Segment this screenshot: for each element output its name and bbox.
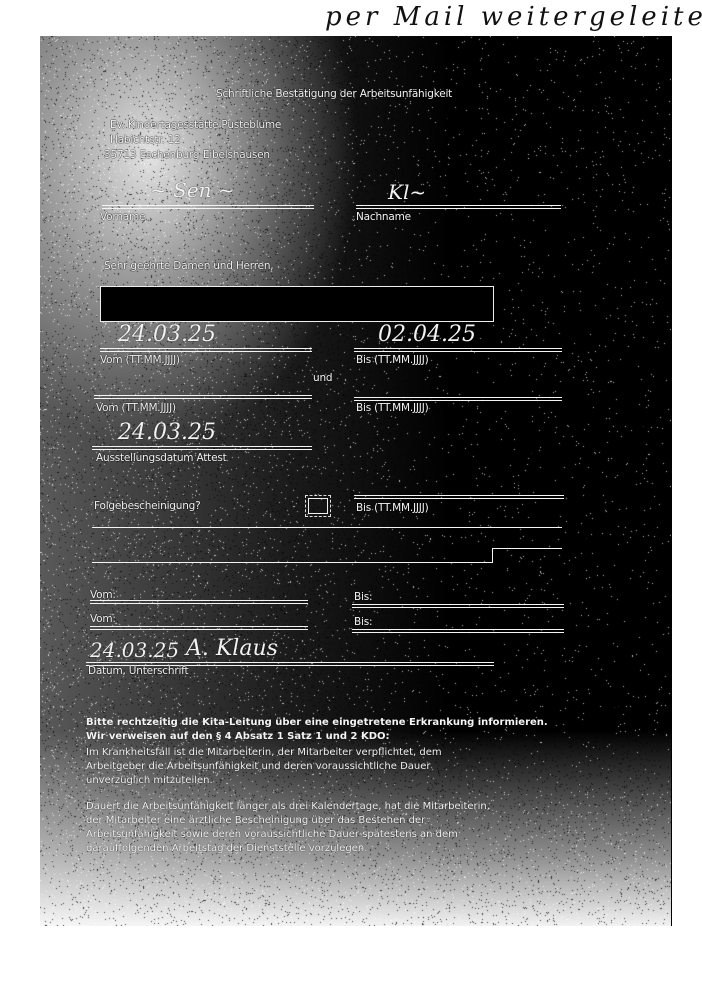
salutation: Sehr geehrte Damen und Herren, — [104, 260, 273, 272]
address-line-1: Ev. Kindertagesstätte Pusteblume — [110, 119, 281, 131]
separator-line — [92, 527, 562, 528]
notice-paragraph-2: Dauert die Arbeitsunfähigkeit länger als… — [86, 800, 496, 856]
signature-date-value: 24.03.25 — [90, 638, 179, 662]
attest-date-label: Ausstellungsdatum Attest — [96, 452, 227, 464]
last-name-signature: Kl~ — [388, 180, 426, 204]
period1-from-label: Vom (TT.MM.JJJJ) — [100, 354, 180, 366]
last-name-field[interactable] — [356, 205, 561, 206]
separator-step — [492, 548, 562, 549]
connector-und: und — [313, 372, 332, 384]
followup-checkbox[interactable] — [308, 498, 328, 514]
followup-label: Folgebescheinigung? — [94, 500, 201, 512]
signature-value: A. Klaus — [186, 636, 278, 661]
attest-date-value: 24.03.25 — [118, 420, 216, 445]
period1-from-value: 24.03.25 — [118, 322, 216, 347]
period1-from-field[interactable] — [100, 348, 312, 349]
notice-paragraph-1: Im Krankheitsfall ist die Mitarbeiterin,… — [86, 746, 496, 788]
period2-to-field[interactable] — [354, 397, 562, 398]
last-name-label: Nachname — [356, 211, 411, 223]
notice-bold-line-2: Wir verweisen auf den § 4 Absatz 1 Satz … — [86, 730, 496, 744]
followup-to-field[interactable] — [354, 495, 564, 496]
form-title: Schriftliche Bestätigung der Arbeitsunfä… — [216, 88, 452, 100]
first-name-field[interactable] — [102, 205, 314, 206]
extra2-to-label: Bis: — [354, 616, 372, 628]
extra1-to-field[interactable] — [352, 604, 564, 605]
followup-to-label: Bis (TT.MM.JJJJ) — [356, 502, 429, 514]
redacted-block — [100, 286, 494, 322]
extra2-to-field[interactable] — [352, 629, 564, 630]
notice-bold-line-1: Bitte rechtzeitig die Kita-Leitung über … — [86, 716, 506, 730]
period1-to-label: Bis (TT.MM.JJJJ) — [356, 354, 429, 366]
period2-to-label: Bis (TT.MM.JJJJ) — [356, 402, 429, 414]
first-name-signature: ~ Sen ~ — [150, 178, 235, 202]
address-line-2: Habichtstr. 12 — [110, 134, 181, 146]
period1-to-field[interactable] — [354, 348, 562, 349]
extra1-from-field[interactable] — [90, 600, 308, 601]
attest-date-field[interactable] — [92, 446, 312, 447]
signature-label: Datum, Unterschrift — [88, 665, 188, 677]
extra2-from-label: Vom: — [90, 613, 116, 625]
scanned-page — [40, 36, 672, 926]
signature-field[interactable] — [86, 662, 494, 663]
first-name-label: Vorname — [100, 211, 145, 223]
separator-line — [92, 562, 492, 563]
period1-to-value: 02.04.25 — [378, 322, 476, 347]
address-line-3: 35713 Eschenburg-Eibelshausen — [104, 149, 270, 161]
extra2-from-field[interactable] — [90, 626, 308, 627]
handwritten-note: per Mail weitergeleitet — [325, 2, 702, 32]
separator-step — [492, 548, 493, 563]
extra1-to-label: Bis: — [354, 591, 372, 603]
period2-from-label: Vom (TT.MM.JJJJ) — [96, 402, 176, 414]
page-edge — [671, 36, 672, 926]
period2-from-field[interactable] — [94, 395, 312, 396]
